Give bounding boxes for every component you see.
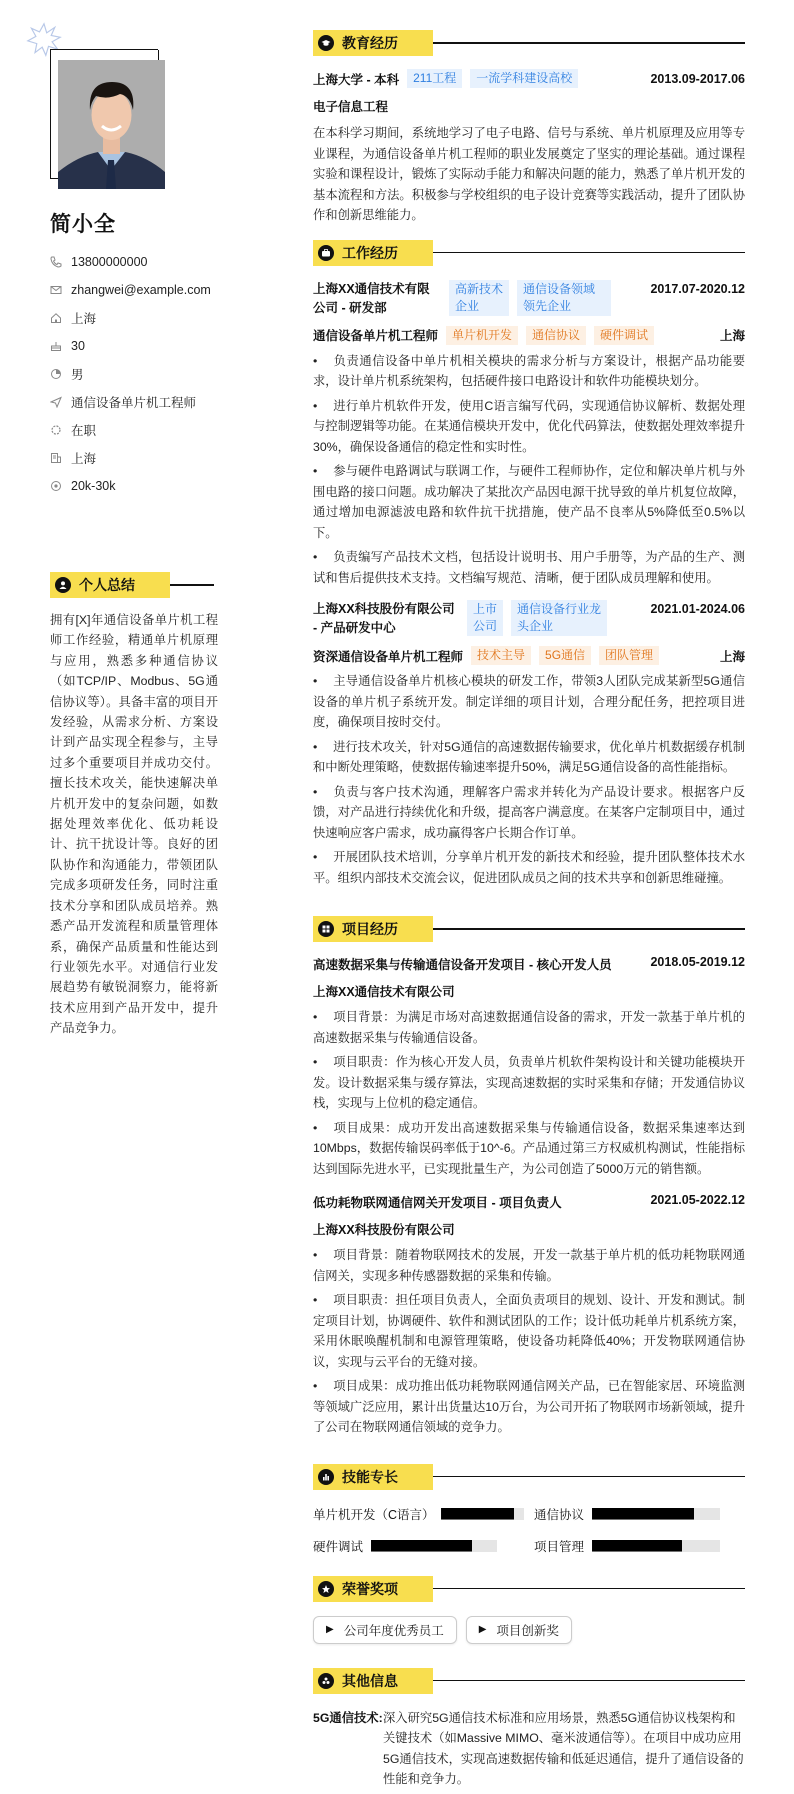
bullet-item: •开展团队技术培训，分享单片机开发的新技术和经验，提升团队整体技术水平。组织内部… (313, 847, 745, 888)
awards-list: ▶公司年度优秀员工 ▶项目创新奖 (313, 1616, 745, 1644)
job-role: 资深通信设备单片机工程师 (313, 647, 463, 665)
project-name: 低功耗物联网通信网关开发项目 - 项目负责人 (313, 1193, 562, 1211)
skill-item: 通信协议 (534, 1505, 745, 1523)
bullet-item: •项目职责：作为核心开发人员，负责单片机软件架构设计和关键功能模块开发。设计数据… (313, 1052, 745, 1114)
other-item: 5G通信技术: 深入研究5G通信技术标准和应用场景，熟悉5G通信协议栈架构和关键… (313, 1708, 745, 1790)
project-bullets: •项目背景：为满足市场对高速数据通信设备的需求，开发一款基于单片机的高速数据采集… (313, 1007, 745, 1179)
skill-item: 单片机开发（C语言） (313, 1505, 524, 1523)
school-name: 上海大学 - 本科 (313, 70, 399, 88)
section-title: 技能专长 (342, 1467, 398, 1487)
awards-section-header: 荣誉奖项 (313, 1576, 745, 1602)
project-name: 高速数据采集与传输通信设备开发项目 - 核心开发人员 (313, 955, 612, 973)
project-entry: 高速数据采集与传输通信设备开发项目 - 核心开发人员 2018.05-2019.… (313, 955, 745, 1179)
job-bullets: •主导通信设备单片机核心模块的研发工作，带领3人团队完成某新型5G通信设备的单片… (313, 671, 745, 888)
contact-value: 通信设备单片机工程师 (71, 393, 196, 411)
main-content: 教育经历 上海大学 - 本科 211工程 一流学科建设高校 2013.09-20… (313, 30, 745, 1790)
contact-value: 上海 (71, 449, 96, 467)
bullet-item: •参与硬件电路调试与联调工作，与硬件工程师协作，定位和解决单片机与外围电路的接口… (313, 461, 745, 543)
skill-name: 通信协议 (534, 1505, 584, 1523)
bullet-item: •项目成果：成功推出低功耗物联网通信网关产品，已在智能家居、环境监测等领域广泛应… (313, 1376, 745, 1438)
bullet-item: •主导通信设备单片机核心模块的研发工作，带领3人团队完成某新型5G通信设备的单片… (313, 671, 745, 733)
role-row: 资深通信设备单片机工程师 技术主导 5G通信 团队管理 上海 (313, 646, 745, 665)
work-section-header: 工作经历 (313, 240, 745, 266)
summary-text: 拥有[X]年通信设备单片机工程师工作经验，精通单片机原理与应用，熟悉多种通信协议… (50, 610, 218, 1039)
graduation-cap-icon (318, 35, 334, 51)
skill-name: 项目管理 (534, 1537, 584, 1555)
divider (433, 928, 745, 930)
company-tag: 通信设备行业龙头企业 (511, 600, 607, 636)
avatar (58, 60, 165, 189)
bullet-item: •进行单片机软件开发，使用C语言编写代码，实现通信协议解析、数据处理与控制逻辑等… (313, 396, 745, 458)
company-name: 上海XX科技股份有限公司 - 产品研发中心 (313, 600, 459, 638)
company-tag: 通信设备领域领先企业 (517, 280, 611, 316)
bullet-item: •负责与客户技术沟通，理解客户需求并转化为产品设计要求。根据客户反馈，对产品进行… (313, 782, 745, 844)
divider (433, 1476, 745, 1478)
phone-icon (50, 256, 62, 268)
skill-bar (592, 1508, 720, 1520)
contact-phone: 13800000000 (50, 248, 240, 276)
award-item: ▶项目创新奖 (466, 1616, 572, 1644)
job-bullets: •负责通信设备中单片机相关模块的需求分析与方案设计，根据产品功能要求，设计单片机… (313, 351, 745, 589)
job-date: 2017.07-2020.12 (650, 280, 745, 299)
company-tag: 高新技术企业 (449, 280, 509, 316)
bullet-item: •项目职责：担任项目负责人，全面负责项目的规划、设计、开发和测试。制定项目计划，… (313, 1290, 745, 1372)
role-tag: 通信协议 (526, 326, 586, 345)
section-title: 其他信息 (342, 1671, 398, 1691)
job-header-row: 上海XX科技股份有限公司 - 产品研发中心 上市公司 通信设备行业龙头企业 20… (313, 600, 745, 638)
briefcase-icon (318, 245, 334, 261)
building-icon (50, 452, 62, 464)
skill-bar (441, 1508, 524, 1520)
project-date: 2021.05-2022.12 (650, 1193, 745, 1207)
bullet-item: •进行技术攻关，针对5G通信的高速数据传输要求，优化单片机数据缓存机制和中断处理… (313, 737, 745, 778)
divider (170, 584, 214, 586)
contact-value: 上海 (71, 309, 96, 327)
project-company: 上海XX科技股份有限公司 (313, 1220, 745, 1238)
bullet-item: •项目成果：成功开发出高速数据采集与传输通信设备，数据采集速率达到10Mbps，… (313, 1118, 745, 1180)
skills-grid: 单片机开发（C语言） 通信协议 硬件调试 项目管理 (313, 1498, 745, 1562)
summary-section-header: 个人总结 (50, 572, 214, 598)
project-date: 2018.05-2019.12 (650, 955, 745, 969)
cake-icon (50, 340, 62, 352)
skill-bar (371, 1540, 497, 1552)
education-date: 2013.09-2017.06 (650, 72, 745, 86)
grid-icon (318, 921, 334, 937)
role-tag: 团队管理 (599, 646, 659, 665)
status-icon (50, 424, 62, 436)
skill-name: 单片机开发（C语言） (313, 1505, 433, 1523)
role-tag: 单片机开发 (446, 326, 518, 345)
bullet-item: •项目背景：随着物联网技术的发展，开发一款基于单片机的低功耗物联网通信网关，实现… (313, 1245, 745, 1286)
skill-item: 项目管理 (534, 1537, 745, 1555)
job-location: 上海 (720, 647, 745, 665)
projects-section: 项目经历 高速数据采集与传输通信设备开发项目 - 核心开发人员 2018.05-… (313, 916, 745, 1438)
other-section-header: 其他信息 (313, 1668, 745, 1694)
send-icon (50, 396, 62, 408)
skill-item: 硬件调试 (313, 1537, 524, 1555)
project-entry: 低功耗物联网通信网关开发项目 - 项目负责人 2021.05-2022.12 上… (313, 1193, 745, 1438)
role-row: 通信设备单片机工程师 单片机开发 通信协议 硬件调试 上海 (313, 326, 745, 345)
divider (433, 1680, 745, 1682)
section-title: 项目经历 (342, 919, 398, 939)
contact-status: 在职 (50, 416, 240, 444)
gender-icon (50, 368, 62, 380)
contact-value: 男 (71, 365, 84, 383)
salary-icon (50, 480, 62, 492)
other-value: 深入研究5G通信技术标准和应用场景，熟悉5G通信协议栈架构和关键技术（如Mass… (383, 1708, 745, 1790)
projects-section-header: 项目经历 (313, 916, 745, 942)
job-entry: 上海XX通信技术有限公司 - 研发部 高新技术企业 通信设备领域领先企业 201… (313, 280, 745, 589)
award-item: ▶公司年度优秀员工 (313, 1616, 457, 1644)
contact-value: 在职 (71, 421, 96, 439)
award-icon (318, 1581, 334, 1597)
education-header-row: 上海大学 - 本科 211工程 一流学科建设高校 2013.09-2017.06 (313, 69, 745, 88)
play-icon: ▶ (479, 1624, 487, 1635)
job-location: 上海 (720, 326, 745, 344)
contact-value: zhangwei@example.com (71, 283, 211, 297)
contact-value: 13800000000 (71, 255, 147, 269)
candidate-name: 简小全 (50, 208, 116, 238)
play-icon: ▶ (326, 1624, 334, 1635)
section-title: 个人总结 (79, 575, 135, 595)
school-tag: 211工程 (407, 69, 462, 88)
school-tag: 一流学科建设高校 (470, 69, 578, 88)
user-icon (55, 577, 71, 593)
divider (433, 1588, 745, 1590)
job-role: 通信设备单片机工程师 (313, 326, 438, 344)
contact-list: 13800000000 zhangwei@example.com 上海 30 男… (50, 248, 240, 500)
contact-home: 上海 (50, 304, 240, 332)
work-section: 工作经历 上海XX通信技术有限公司 - 研发部 高新技术企业 通信设备领域领先企… (313, 240, 745, 889)
contact-email: zhangwei@example.com (50, 276, 240, 304)
section-title: 工作经历 (342, 243, 398, 263)
bullet-item: •项目背景：为满足市场对高速数据通信设备的需求，开发一款基于单片机的高速数据采集… (313, 1007, 745, 1048)
contact-job-title: 通信设备单片机工程师 (50, 388, 240, 416)
other-key: 5G通信技术: (313, 1708, 383, 1790)
skill-name: 硬件调试 (313, 1537, 363, 1555)
company-name: 上海XX通信技术有限公司 - 研发部 (313, 280, 441, 318)
role-tag: 硬件调试 (594, 326, 654, 345)
contact-value: 20k-30k (71, 479, 115, 493)
contact-salary: 20k-30k (50, 472, 240, 500)
project-company: 上海XX通信技术有限公司 (313, 982, 745, 1000)
contact-age: 30 (50, 332, 240, 360)
home-icon (50, 312, 62, 324)
education-section: 教育经历 上海大学 - 本科 211工程 一流学科建设高校 2013.09-20… (313, 30, 745, 226)
bar-chart-icon (318, 1469, 334, 1485)
project-bullets: •项目背景：随着物联网技术的发展，开发一款基于单片机的低功耗物联网通信网关，实现… (313, 1245, 745, 1438)
education-description: 在本科学习期间，系统地学习了电子电路、信号与系统、单片机原理及应用等专业课程，为… (313, 123, 745, 226)
role-tag: 5G通信 (539, 646, 591, 665)
section-title: 荣誉奖项 (342, 1579, 398, 1599)
project-header-row: 低功耗物联网通信网关开发项目 - 项目负责人 2021.05-2022.12 (313, 1193, 745, 1211)
contact-city: 上海 (50, 444, 240, 472)
job-header-row: 上海XX通信技术有限公司 - 研发部 高新技术企业 通信设备领域领先企业 201… (313, 280, 745, 318)
job-entry: 上海XX科技股份有限公司 - 产品研发中心 上市公司 通信设备行业龙头企业 20… (313, 600, 745, 888)
skills-section: 技能专长 单片机开发（C语言） 通信协议 硬件调试 (313, 1464, 745, 1562)
education-section-header: 教育经历 (313, 30, 745, 56)
mail-icon (50, 284, 62, 296)
other-section: 其他信息 5G通信技术: 深入研究5G通信技术标准和应用场景，熟悉5G通信协议栈… (313, 1668, 745, 1790)
project-header-row: 高速数据采集与传输通信设备开发项目 - 核心开发人员 2018.05-2019.… (313, 955, 745, 973)
job-date: 2021.01-2024.06 (650, 600, 745, 619)
bullet-item: •负责通信设备中单片机相关模块的需求分析与方案设计，根据产品功能要求，设计单片机… (313, 351, 745, 392)
contact-value: 30 (71, 339, 85, 353)
role-tag: 技术主导 (471, 646, 531, 665)
company-tag: 上市公司 (467, 600, 503, 636)
divider (433, 42, 745, 44)
skills-section-header: 技能专长 (313, 1464, 745, 1490)
divider (433, 252, 745, 254)
bullet-item: •负责编写产品技术文档，包括设计说明书、用户手册等，为产品的生产、测试和售后提供… (313, 547, 745, 588)
contact-gender: 男 (50, 360, 240, 388)
info-icon (318, 1673, 334, 1689)
major: 电子信息工程 (313, 97, 745, 115)
skill-bar (592, 1540, 720, 1552)
awards-section: 荣誉奖项 ▶公司年度优秀员工 ▶项目创新奖 (313, 1576, 745, 1644)
section-title: 教育经历 (342, 33, 398, 53)
